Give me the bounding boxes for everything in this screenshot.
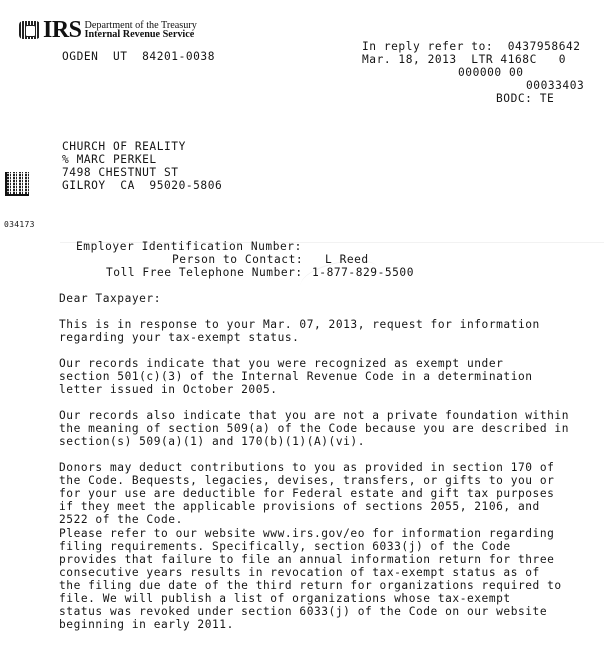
letter-date-code: Mar. 18, 2013 LTR 4168C 0 bbox=[362, 53, 566, 66]
paragraph-filing-requirements: Please refer to our website www.irs.gov/… bbox=[59, 527, 562, 631]
paragraph-request: This is in response to your Mar. 07, 201… bbox=[59, 318, 540, 344]
recipient-name: CHURCH OF REALITY bbox=[62, 140, 186, 153]
agency-name: Department of the Treasury Internal Reve… bbox=[85, 21, 197, 40]
service-name: Internal Revenue Service bbox=[85, 30, 197, 40]
irs-logo: IRS Department of the Treasury Internal … bbox=[19, 20, 197, 40]
phone-value: 1-877-829-5500 bbox=[312, 266, 414, 279]
irs-eagle-icon bbox=[19, 21, 40, 39]
agency-abbreviation: IRS bbox=[43, 20, 82, 40]
document-code: 034173 bbox=[4, 220, 35, 230]
person-to-contact-value: L Reed bbox=[325, 253, 369, 266]
phone-label: Toll Free Telephone Number: bbox=[106, 266, 303, 279]
office-address: OGDEN UT 84201-0038 bbox=[62, 50, 215, 63]
paragraph-donors: Donors may deduct contributions to you a… bbox=[59, 461, 554, 526]
reference-number: In reply refer to: 0437958642 bbox=[362, 40, 581, 53]
reference-code-1: 000000 00 bbox=[458, 66, 524, 79]
recipient-care-of: % MARC PERKEL bbox=[62, 153, 157, 166]
reference-code-2: 00033403 bbox=[526, 79, 584, 92]
ein-label: Employer Identification Number: bbox=[76, 240, 302, 253]
salutation: Dear Taxpayer: bbox=[59, 292, 161, 305]
person-to-contact-label: Person to Contact: bbox=[172, 253, 303, 266]
paragraph-foundation: Our records also indicate that you are n… bbox=[59, 409, 569, 448]
bodc-code: BODC: TE bbox=[496, 92, 554, 105]
datamatrix-barcode-icon bbox=[5, 172, 29, 196]
paragraph-exempt-status: Our records indicate that you were recog… bbox=[59, 357, 533, 396]
recipient-city-state-zip: GILROY CA 95020-5806 bbox=[62, 179, 222, 192]
recipient-street: 7498 CHESTNUT ST bbox=[62, 166, 179, 179]
